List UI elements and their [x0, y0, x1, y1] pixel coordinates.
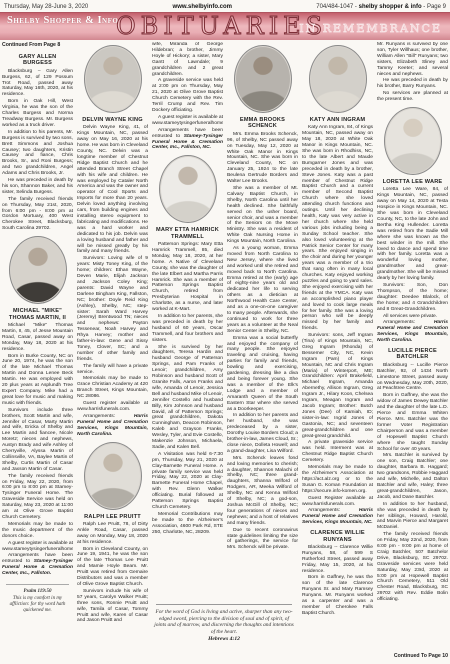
obituary-paragraph: Arrangements: Harris Funeral Home and Cr… — [377, 320, 448, 344]
newspaper-page: Thursday, May 28-June 3, 2020 www.shelby… — [0, 0, 450, 664]
obituary-name: LORETTA LEE WARE — [379, 179, 446, 185]
obituary-paragraph: The family received friends on Friday, M… — [2, 474, 73, 521]
obituaries-column-6: Mr. Runyans is survived by one son, Tyle… — [377, 42, 448, 664]
obituary-paragraph: Blacksburg -- Clarence Willie Runyans, 5… — [302, 545, 373, 575]
obituary-paragraph: Survivors: Son, Don Thompson, of the hom… — [377, 283, 448, 313]
obituary-paragraph: In addition to her husband, she was prec… — [377, 502, 448, 532]
funeral-home-name: Harris Funeral Home and Cremation Servic… — [377, 320, 448, 343]
obituary-paragraph: Survivors: Loving wife of 9 years: Misty… — [77, 256, 148, 362]
obituary-paragraph: Survivors include three brothers, Scott … — [2, 408, 73, 473]
obituary-paragraph: Michael "Mike" Thomas Martin, II, 45, of… — [2, 323, 73, 353]
obituary-paragraph: Arrangements have been entrusted to Stam… — [2, 553, 73, 577]
masthead-date: Thursday, May 28-June 3, 2020 — [4, 4, 88, 10]
obituaries-column-1: Continued From Page 8GARY ALLEN BURGESSB… — [2, 42, 73, 664]
banner-brand: Shelby Shopper & Info — [7, 15, 118, 26]
funeral-home-name: Harris Funeral Home and Cremation Servic… — [77, 414, 148, 437]
obituary-paragraph: Blacksburg – Gary Allen Burgess, 62, of … — [2, 69, 73, 99]
obituary-paragraph: She was a member of Mt. Calvary Baptist … — [227, 186, 298, 245]
obituary-paragraph: A private graveside service was held. In… — [302, 440, 373, 464]
masthead-paper-name: shelby shopper & info — [359, 4, 422, 10]
portrait-photo — [84, 45, 142, 113]
obituary-paragraph: All services were private. — [377, 314, 448, 320]
obituary-paragraph: Survivors: sons, Jeff Ingram (Tina) of K… — [302, 333, 373, 439]
obituaries-columns: Continued From Page 8GARY ALLEN BURGESSB… — [0, 40, 450, 664]
obituary-name: GARY ALLEN BURGESS — [4, 54, 71, 67]
obituary-paragraph: Arrangements: Harris Funeral Home and Cr… — [302, 508, 373, 526]
obituary-paragraph: Born in Burke County, NC on June 20, 197… — [2, 354, 73, 407]
obituaries-column-2: DELVIN WAYNE KINGDelvin Wayne King, 41, … — [77, 42, 148, 664]
obituary-paragraph: She is survived by her daughters, Teresa… — [152, 345, 223, 451]
portrait-photo — [309, 45, 367, 113]
obituary-paragraph: Katy Ann Ingram, 84, of Kings Mountain, … — [302, 125, 373, 332]
obituary-paragraph: Patterson Springs: Mary Etta Hamrick Tra… — [152, 242, 223, 313]
funeral-home-name: Harris Funeral Home and Cremation Servic… — [302, 508, 373, 525]
scripture-citation: Hebrews 4:12 — [150, 636, 298, 642]
obituary-name: CLARENCE WILLIE RUNYANS — [304, 530, 371, 543]
portrait-photo — [234, 45, 292, 113]
obituaries-banner: Shelby Shopper & Info Obituaries In Reme… — [0, 12, 450, 40]
psalm-text: This is my comfort in my affliction: for… — [6, 596, 69, 614]
obituary-paragraph: The family will have a private service. — [77, 364, 148, 376]
obituary-name: KATY ANN INGRAM — [304, 117, 371, 123]
obituary-paragraph: The family received friends on Friday, M… — [377, 532, 448, 603]
obituary-paragraph: A guest register is available at www.sta… — [2, 541, 73, 553]
obituary-paragraph: Mrs. Emma Brooks Schenck, 96, of Shelby,… — [227, 132, 298, 185]
psalm-reference: Psalm 119:50 — [6, 589, 69, 595]
obituary-name: RALPH LEE PRUITT — [79, 514, 146, 520]
masthead-right: 704/484-1047 - shelby shopper & info - P… — [316, 4, 446, 10]
obituary-paragraph: Born in Cleveland County, on June 19, 19… — [77, 547, 148, 588]
obituary-paragraph: A guest register is available at www.sta… — [152, 115, 223, 127]
obituary-paragraph: He was preceded in death by his brother,… — [377, 78, 448, 90]
masthead: Thursday, May 28-June 3, 2020 www.shelby… — [0, 0, 450, 12]
obituary-paragraph: The family received friends on Thursday,… — [2, 197, 73, 232]
obituary-paragraph: Mrs. Batchler is survived by one son, Cr… — [377, 453, 448, 500]
obituaries-column-4: EMMA BROOKS SCHENCKMrs. Emma Brooks Sche… — [227, 42, 298, 664]
obituary-paragraph: In addition to his parents, Mr. Burgess … — [2, 130, 73, 177]
obituary-paragraph: wife, Miranda of George Hildebran; a bro… — [152, 42, 223, 77]
obituary-paragraph: Survivors include his wife of 57 years, … — [77, 589, 148, 624]
obituary-paragraph: Mr. Runyans is survived by one son, Tyle… — [377, 42, 448, 77]
obituary-paragraph: Mrs. Schenck leaves fond and loving memo… — [227, 456, 298, 527]
obituary-paragraph: As a young woman, Emma moved from North … — [227, 246, 298, 335]
obituary-paragraph: He was preceded in death by his son, Sha… — [2, 178, 73, 196]
obituary-paragraph: Arrangements have been entrusted to Stam… — [152, 128, 223, 152]
continued-to-label: Continued To Page 10 — [377, 654, 448, 662]
obituary-name: LUCILLE PIERCE BATCHLER — [379, 348, 446, 361]
continued-from-label: Continued From Page 8 — [2, 43, 73, 49]
portrait-photo — [9, 236, 67, 304]
funeral-home-name: Stamey-Tysinger Funeral Home & Cremation… — [2, 559, 73, 576]
portrait-photo — [159, 155, 217, 223]
obituary-paragraph: In addition to her parents and her husba… — [227, 413, 298, 454]
masthead-phone: 704/484-1047 - — [316, 4, 357, 10]
obituary-paragraph: Arrangements: Harris Funeral Home and Cr… — [77, 414, 148, 438]
obituary-paragraph: A graveside service was held at 2:00 pm … — [152, 78, 223, 113]
banner-subtitle: In Remembrance — [299, 22, 442, 35]
obituary-name: MICHAEL "MIKE" THOMAS MARTIN, II — [4, 308, 71, 321]
obituary-paragraph: A Visitation was held 6-7:30 pm, Thursda… — [152, 452, 223, 511]
portrait-photo — [384, 107, 442, 175]
obituaries-column-3: wife, Miranda of George Hildebran; a bro… — [152, 42, 223, 664]
psalm-quote: Psalm 119:50This is my comfort in my aff… — [6, 584, 69, 614]
obituary-paragraph: Memorials may be made to Grace Christian… — [77, 376, 148, 400]
obituary-paragraph: No services are planned at the present t… — [377, 91, 448, 103]
divider-rule — [156, 604, 292, 605]
obituary-paragraph: Born in Gaffney, he was the son of the l… — [302, 575, 373, 616]
obituary-paragraph: Ralph Lee Pruitt, 78, of Dirty Ankle Roa… — [77, 522, 148, 546]
scripture-text: For the word of God is living and active… — [150, 609, 298, 635]
obituary-paragraph: Born in Oak Hill, West Virginia, he was … — [2, 99, 73, 129]
obituary-paragraph: Blacksburg -- Lucille Pierce Batchler, 9… — [377, 363, 448, 393]
masthead-website: www.shelbyinfo.com — [173, 4, 232, 10]
obituary-paragraph: Memorial Contributions may be made to th… — [152, 512, 223, 536]
funeral-home-name: Stamey-Tysinger Funeral Home & Cremation… — [152, 134, 223, 151]
obituary-paragraph: Memorials may be made to the music depar… — [2, 522, 73, 540]
obituary-paragraph: In addition to her parents, she was prec… — [152, 314, 223, 344]
obituary-paragraph: Loretta Lee Ware, 84, of Kings Mountain,… — [377, 187, 448, 282]
portrait-photo — [84, 442, 142, 510]
obituary-name: MARY ETTA HAMRICK TRAMMELL — [154, 227, 221, 240]
obituary-paragraph: Delvin Wayne King, 41, of Kings Mountain… — [77, 125, 148, 255]
banner-title: Obituaries — [116, 12, 327, 40]
scripture-quote-block: For the word of God is living and active… — [150, 599, 298, 662]
obituary-name: EMMA BROOKS SCHENCK — [229, 117, 296, 130]
obituary-name: DELVIN WAYNE KING — [79, 117, 146, 123]
obituaries-column-5: KATY ANN INGRAMKaty Ann Ingram, 84, of K… — [302, 42, 373, 664]
obituary-paragraph: Guest Register available at www.harrisfu… — [302, 496, 373, 508]
masthead-page-number: - Page 9 — [423, 4, 446, 10]
obituary-paragraph: Memorials may be made to the Alzheimer's… — [302, 465, 373, 495]
obituary-paragraph: Due to recent coronavirus state guidelin… — [227, 528, 298, 552]
obituary-paragraph: Born in Gaffney, she was the widow of Ja… — [377, 393, 448, 452]
obituary-paragraph: Guest register available at www.harrisfu… — [77, 401, 148, 413]
obituary-paragraph: Emma was a social butterfly and enjoyed … — [227, 336, 298, 413]
